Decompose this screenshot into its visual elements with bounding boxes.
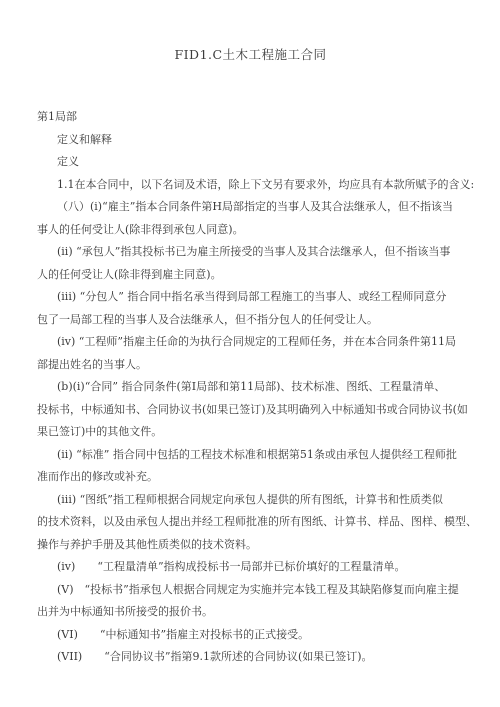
text-line: (VI) “中标通知书”指雇主对投标书的正式接受。 bbox=[37, 624, 464, 647]
text-line: (iii) “图纸”指工程师根据合同规定向承包人提供的所有图纸，计算书和性质类似 bbox=[37, 489, 464, 512]
text-line: 第1局部 bbox=[37, 106, 464, 129]
text-line: 1.1在本合同中，以下名词及术语，除上下文另有要求外，均应具有本款所赋予的含义: bbox=[37, 174, 464, 197]
text-line: （八）(i)“雇主”指本合同条件第H局部指定的当事人及其合法继承人，但不指该当 bbox=[37, 196, 464, 219]
text-line: 事人的任何受让人(除非得到承包人同意)。 bbox=[37, 219, 464, 242]
text-line: (iii) “分包人” 指合同中指名承当得到局部工程施工的当事人、或经工程师同意… bbox=[37, 286, 464, 309]
text-line: 定义和解释 bbox=[37, 129, 464, 152]
text-line: 投标书，中标通知书、合同协议书(如果已签订)及其明确列入中标通知书或合同协议书(… bbox=[37, 399, 464, 422]
text-line: (V) “投标书”指承包人根据合同规定为实施并完本钱工程及其缺陷修复而向雇主提 bbox=[37, 579, 464, 602]
text-line: (iv) “工程师”指雇主任命的为执行合同规定的工程师任务，并在本合同条件第11… bbox=[37, 331, 464, 354]
text-line: 部提出姓名的当事人。 bbox=[37, 354, 464, 377]
text-line: 包了一局部工程的当事人及合法继承人，但不指分包人的任何受让人。 bbox=[37, 309, 464, 332]
text-line: 定义 bbox=[37, 151, 464, 174]
text-line: 人的任何受让人(除非得到雇主同意)。 bbox=[37, 264, 464, 287]
text-line: 出并为中标通知书所接受的报价书。 bbox=[37, 601, 464, 624]
document-body: 第1局部定义和解释定义1.1在本合同中，以下名词及术语，除上下文另有要求外，均应… bbox=[37, 106, 464, 669]
text-line: (b)(i)“合同” 指合同条件(第I局部和第11局部)、技术标准、图纸、工程量… bbox=[37, 376, 464, 399]
document-page: FID1.C土木工程施工合同 第1局部定义和解释定义1.1在本合同中，以下名词及… bbox=[0, 0, 500, 707]
text-line: (ii) “标准” 指合同中包括的工程技术标准和根据第51条或由承包人提供经工程… bbox=[37, 444, 464, 467]
text-line: (VII) “合同协议书”指第9.1款所述的合同协议(如果已签订)。 bbox=[37, 646, 464, 669]
text-line: (ii) “承包人”指其投标书已为雇主所接受的当事人及其合法继承人，但不指该当事 bbox=[37, 241, 464, 264]
text-line: 果已签订)中的其他文件。 bbox=[37, 421, 464, 444]
text-line: 的技术资料，以及由承包人提出并经工程师批准的所有图纸、计算书、样品、图样、模型、 bbox=[37, 511, 464, 534]
text-line: 准而作出的修改或补充。 bbox=[37, 466, 464, 489]
text-line: (iv) “工程量清单”指构成投标书一局部并已标价填好的工程量清单。 bbox=[37, 556, 464, 579]
text-line: 操作与养护手册及其他性质类似的技术资料。 bbox=[37, 534, 464, 557]
document-title: FID1.C土木工程施工合同 bbox=[37, 46, 464, 64]
